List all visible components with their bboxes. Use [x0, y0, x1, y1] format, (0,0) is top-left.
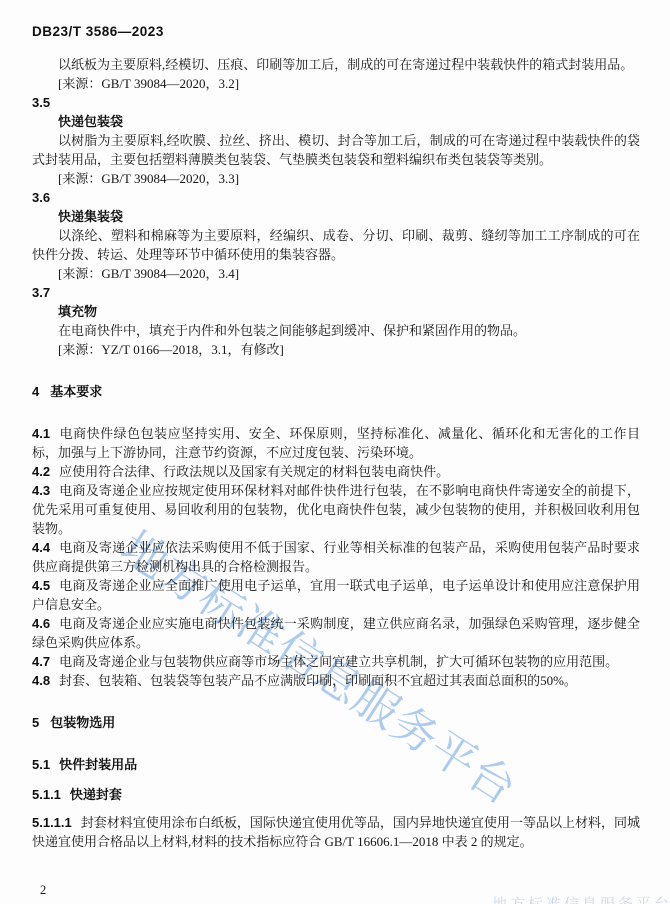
- definition-paragraph-express-container-bag: 以涤纶、塑料和棉麻等为主要原料，经编织、成卷、分切、印刷、裁剪、缝纫等加工工序制…: [32, 226, 640, 264]
- clause-number-3-7: 3.7: [32, 283, 640, 302]
- clause-4-6: 4.6电商及寄递企业应实施电商快件包装统一采购制度，建立供应商名录，加强绿色采购…: [32, 614, 640, 652]
- subsection-number: 5.1.1: [32, 787, 61, 802]
- clause-text: 封套材料宜使用涂布白纸板，国际快递宜使用优等品，国内异地快递宜使用一等品以上材料…: [32, 815, 640, 849]
- page-number: 2: [40, 883, 46, 898]
- term-title-express-packaging-bag: 快递包装袋: [32, 112, 640, 131]
- clause-number: 4.2: [32, 464, 50, 479]
- clause-number: 4.3: [32, 483, 50, 498]
- clause-number: 4.5: [32, 578, 50, 593]
- clause-number-3-5: 3.5: [32, 93, 640, 112]
- clause-text: 应使用符合法律、行政法规以及国家有关规定的材料包装电商快件。: [59, 464, 449, 479]
- source-note: [来源：GB/T 39084—2020，3.3]: [32, 169, 640, 188]
- subsection-title: 快件封装用品: [59, 757, 137, 772]
- section-title: 基本要求: [50, 384, 102, 399]
- clause-text: 电商及寄递企业应按规定使用环保材料对邮件快件进行包装，在不影响电商快件寄递安全的…: [32, 483, 640, 536]
- source-note: [来源：GB/T 39084—2020，3.4]: [32, 264, 640, 283]
- document-body: 以纸板为主要原料,经模切、压痕、印刷等加工后，制成的可在寄递过程中装载快件的箱式…: [32, 55, 640, 851]
- clause-text: 电商及寄递企业应实施电商快件包装统一采购制度，建立供应商名录，加强绿色采购管理，…: [32, 616, 640, 650]
- term-title-filler: 填充物: [32, 302, 640, 321]
- subsection-heading-5-1: 5.1快件封装用品: [32, 755, 640, 774]
- standard-number-header: DB23/T 3586—2023: [32, 24, 164, 39]
- term-title-express-container-bag: 快递集装袋: [32, 207, 640, 226]
- section-title: 包装物选用: [50, 715, 115, 730]
- clause-4-1: 4.1电商快件绿色包装应坚持实用、安全、环保原则，坚持标准化、减量化、循环化和无…: [32, 424, 640, 462]
- clause-number: 4.8: [32, 673, 50, 688]
- clause-number: 4.7: [32, 654, 50, 669]
- source-note: [来源：YZ/T 0166—2018，3.1，有修改]: [32, 340, 640, 359]
- definition-paragraph-express-packaging-bag: 以树脂为主要原料,经吹膜、拉丝、挤出、模切、封合等加工后，制成的可在寄递过程中装…: [32, 131, 640, 169]
- subsection-title: 快递封套: [70, 787, 122, 802]
- subsection-number: 5.1: [32, 757, 50, 772]
- section-heading-5: 5包装物选用: [32, 713, 640, 732]
- clause-4-5: 4.5电商及寄递企业应全面推广使用电子运单，宜用一联式电子运单，电子运单设计和使…: [32, 576, 640, 614]
- clause-text: 电商及寄递企业应依法采购使用不低于国家、行业等相关标准的包装产品，采购使用包装产…: [32, 540, 640, 574]
- clause-text: 电商及寄递企业应全面推广使用电子运单，宜用一联式电子运单，电子运单设计和使用应注…: [32, 578, 640, 612]
- clause-5-1-1-1: 5.1.1.1封套材料宜使用涂布白纸板，国际快递宜使用优等品，国内异地快递宜使用…: [32, 813, 640, 851]
- clause-number: 5.1.1.1: [32, 815, 72, 830]
- clause-number: 4.4: [32, 540, 50, 555]
- section-heading-4: 4基本要求: [32, 382, 640, 401]
- clause-number: 4.1: [32, 426, 50, 441]
- subsection-heading-5-1-1: 5.1.1快递封套: [32, 785, 640, 804]
- clause-4-2: 4.2应使用符合法律、行政法规以及国家有关规定的材料包装电商快件。: [32, 462, 640, 481]
- clause-number: 4.6: [32, 616, 50, 631]
- clause-4-4: 4.4电商及寄递企业应依法采购使用不低于国家、行业等相关标准的包装产品，采购使用…: [32, 538, 640, 576]
- clause-text: 封套、包装箱、包装袋等包装产品不应满版印刷，印刷面积不宜超过其表面总面积的50%…: [59, 673, 577, 688]
- document-page: 地方标准信息服务平台 地方标准信息服务平台 DB23/T 3586—2023 以…: [0, 0, 670, 904]
- clause-text: 电商快件绿色包装应坚持实用、安全、环保原则，坚持标准化、减量化、循环化和无害化的…: [32, 426, 640, 460]
- clause-text: 电商及寄递企业与包装物供应商等市场主体之间宜建立共享机制，扩大可循环包装物的应用…: [59, 654, 618, 669]
- source-note: [来源：GB/T 39084—2020，3.2]: [32, 74, 640, 93]
- section-number: 4: [32, 384, 39, 399]
- clipped-bottom-watermark-fragment: 地方标准信息服务平台: [492, 893, 668, 904]
- clause-4-8: 4.8封套、包装箱、包装袋等包装产品不应满版印刷，印刷面积不宜超过其表面总面积的…: [32, 671, 640, 690]
- section-number: 5: [32, 715, 39, 730]
- definition-paragraph-express-box: 以纸板为主要原料,经模切、压痕、印刷等加工后，制成的可在寄递过程中装载快件的箱式…: [32, 55, 640, 74]
- clause-4-7: 4.7电商及寄递企业与包装物供应商等市场主体之间宜建立共享机制，扩大可循环包装物…: [32, 652, 640, 671]
- definition-paragraph-filler: 在电商快件中，填充于内件和外包装之间能够起到缓冲、保护和紧固作用的物品。: [32, 321, 640, 340]
- clause-4-3: 4.3电商及寄递企业应按规定使用环保材料对邮件快件进行包装，在不影响电商快件寄递…: [32, 481, 640, 538]
- clause-number-3-6: 3.6: [32, 188, 640, 207]
